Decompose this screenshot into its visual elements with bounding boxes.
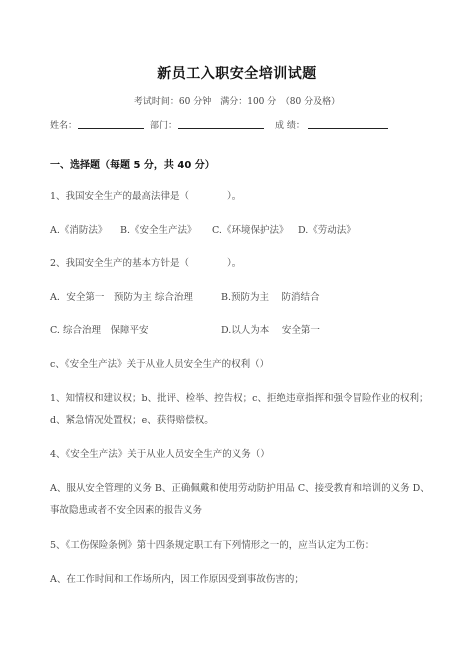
score-label: 成 绩： xyxy=(275,118,305,131)
question-4: 4、《安全生产法》关于从业人员安全生产的义务（） xyxy=(50,446,270,460)
question-3-line-2: d、紧急情况处置权；e、获得赔偿权。 xyxy=(50,412,214,426)
question-1: 1、我国安全生产的最高法律是（ ）。 xyxy=(50,188,241,202)
question-4-line-1: A、服从安全管理的义务 B、正确佩戴和使用劳动防护用品 C、接受教育和培训的义务… xyxy=(50,480,430,494)
question-2-options-row-1: A．安全第一 预防为主 综合治理 B.预防为主 防消结合 xyxy=(50,289,450,303)
option-c: C.《环境保护法》 xyxy=(212,222,288,236)
question-5: 5、《工伤保险条例》第十四条规定职工有下列情形之一的，应当认定为工伤： xyxy=(50,537,374,551)
section-heading: 一、选择题（每题 5 分，共 40 分） xyxy=(50,156,215,171)
exam-info: 考试时间：60 分钟 满分：100 分 （80 分及格） xyxy=(0,94,474,107)
question-3-line-1: 1、知情权和建议权；b、批评、检举、控告权；c、拒绝违章指挥和强令冒险作业的权利… xyxy=(50,390,428,404)
option-d: D.以人为本 安全第一 xyxy=(221,322,320,336)
department-label: 部门： xyxy=(150,118,177,131)
department-field[interactable] xyxy=(178,128,264,129)
question-1-options: A.《消防法》 B.《安全生产法》 C.《环境保护法》 D.《劳动法》 xyxy=(50,222,450,236)
option-b: B.预防为主 防消结合 xyxy=(221,289,320,303)
option-a: A．安全第一 预防为主 综合治理 xyxy=(50,289,193,303)
question-5-line-1: A、在工作时间和工作场所内，因工作原因受到事故伤害的； xyxy=(50,571,304,585)
question-4-line-2: 事故隐患或者不安全因素的报告义务 xyxy=(50,502,202,516)
question-2: 2、我国安全生产的基本方针是（ ）。 xyxy=(50,255,241,269)
option-c: C. 综合治理 保障平安 xyxy=(50,322,148,336)
option-b: B.《安全生产法》 xyxy=(120,222,197,236)
question-3: c、《安全生产法》关于从业人员安全生产的权利（） xyxy=(50,356,269,370)
score-field[interactable] xyxy=(308,128,388,129)
option-a: A.《消防法》 xyxy=(50,222,107,236)
question-2-options-row-2: C. 综合治理 保障平安 D.以人为本 安全第一 xyxy=(50,322,450,336)
name-label: 姓名： xyxy=(50,118,77,131)
option-d: D.《劳动法》 xyxy=(298,222,356,236)
name-field[interactable] xyxy=(78,128,144,129)
document-title: 新员工入职安全培训试题 xyxy=(0,63,474,83)
